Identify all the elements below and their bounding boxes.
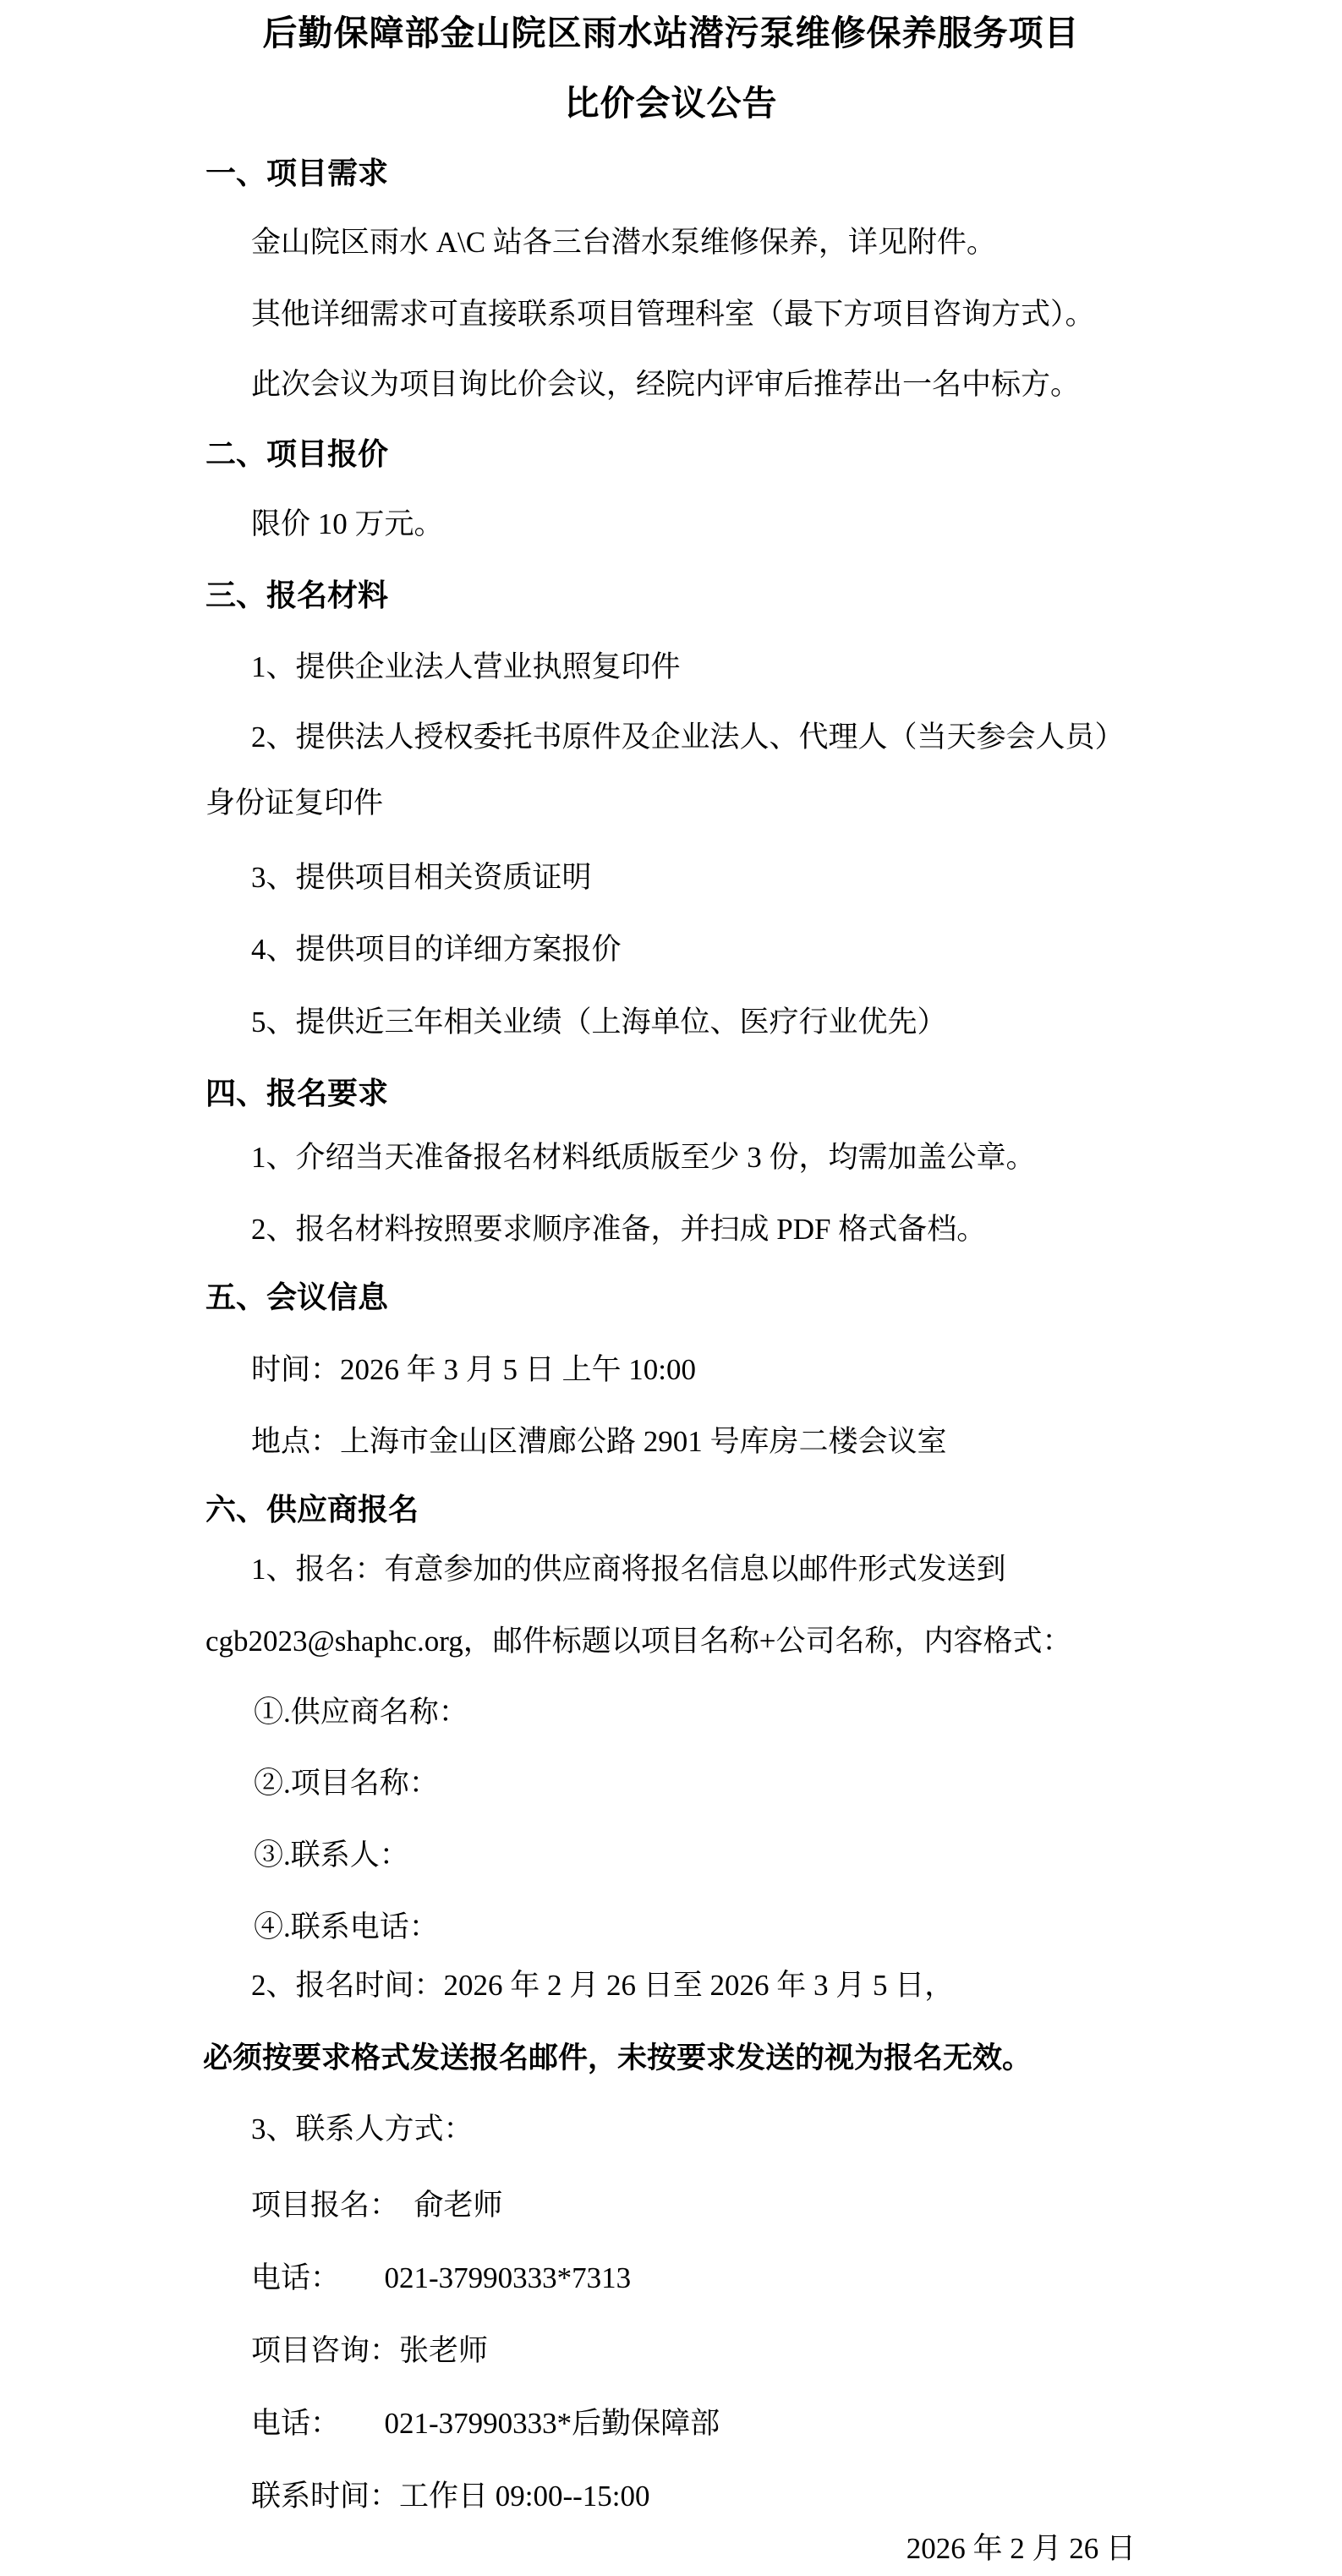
section-3-item-2: 2、提供法人授权委托书原件及企业法人、代理人（当天参会人员） xyxy=(251,720,1125,756)
contact-consult-name: 项目咨询：张老师 xyxy=(251,2333,488,2370)
mandatory-format-notice: 必须按要求格式发送报名邮件，未按要求发送的视为报名无效。 xyxy=(203,2041,1032,2077)
section-6-heading: 六、供应商报名 xyxy=(205,1492,419,1529)
section-1-para-2: 其他详细需求可直接联系项目管理科室（最下方项目咨询方式）。 xyxy=(251,297,1095,333)
section-3-item-1: 1、提供企业法人营业执照复印件 xyxy=(251,649,681,686)
document-date: 2026 年 2 月 26 日 xyxy=(907,2531,1136,2568)
section-2-heading: 二、项目报价 xyxy=(205,436,388,474)
section-2-para-1: 限价 10 万元。 xyxy=(251,507,444,543)
email-format-field-4: ④.联系电话： xyxy=(254,1910,439,1946)
section-3-item-3: 3、提供项目相关资质证明 xyxy=(251,860,592,896)
section-1-para-1: 金山院区雨水 A\C 站各三台潜水泵维修保养，详见附件。 xyxy=(251,225,996,261)
section-5-heading: 五、会议信息 xyxy=(205,1280,388,1317)
section-3-heading: 三、报名材料 xyxy=(205,578,388,615)
document-page: 后勤保障部金山院区雨水站潜污泵维修保养服务项目比价会议公告一、项目需求金山院区雨… xyxy=(0,0,1342,2576)
contact-consult-phone: 电话： 021-37990333*后勤保障部 xyxy=(251,2406,720,2442)
contact-hours: 联系时间：工作日 09:00--15:00 xyxy=(251,2479,650,2515)
section-1-para-3: 此次会议为项目询比价会议，经院内评审后推荐出一名中标方。 xyxy=(251,367,1080,403)
section-4-item-2: 2、报名材料按照要求顺序准备，并扫成 PDF 格式备档。 xyxy=(251,1212,986,1248)
section-4-heading: 四、报名要求 xyxy=(205,1076,388,1113)
meeting-time: 时间：2026 年 3 月 5 日 上午 10:00 xyxy=(251,1352,696,1389)
email-format-field-3: ③.联系人： xyxy=(254,1838,409,1874)
section-6-item-1-cont-email: cgb2023@shaphc.org，邮件标题以项目名称+公司名称，内容格式： xyxy=(205,1624,1071,1660)
document-title: 后勤保障部金山院区雨水站潜污泵维修保养服务项目 xyxy=(0,12,1342,54)
meeting-location: 地点：上海市金山区漕廊公路 2901 号库房二楼会议室 xyxy=(251,1424,947,1461)
section-3-item-5: 5、提供近三年相关业绩（上海单位、医疗行业优先） xyxy=(251,1005,947,1041)
contact-registration-phone: 电话： 021-37990333*7313 xyxy=(251,2261,631,2297)
section-6-item-3: 3、联系人方式： xyxy=(251,2112,474,2148)
section-1-heading: 一、项目需求 xyxy=(205,156,388,193)
section-3-item-4: 4、提供项目的详细方案报价 xyxy=(251,932,622,968)
section-3-item-2-cont: 身份证复印件 xyxy=(205,786,383,822)
section-6-item-2: 2、报名时间：2026 年 2 月 26 日至 2026 年 3 月 5 日， xyxy=(251,1968,954,2004)
contact-registration-name: 项目报名： 俞老师 xyxy=(251,2188,503,2224)
section-6-item-1: 1、报名：有意参加的供应商将报名信息以邮件形式发送到 xyxy=(251,1552,1006,1588)
email-format-field-1: ①.供应商名称： xyxy=(254,1695,468,1731)
section-4-item-1: 1、介绍当天准备报名材料纸质版至少 3 份，均需加盖公章。 xyxy=(251,1140,1036,1176)
email-format-field-2: ②.项目名称： xyxy=(254,1766,439,1802)
document-subtitle: 比价会议公告 xyxy=(0,82,1342,124)
